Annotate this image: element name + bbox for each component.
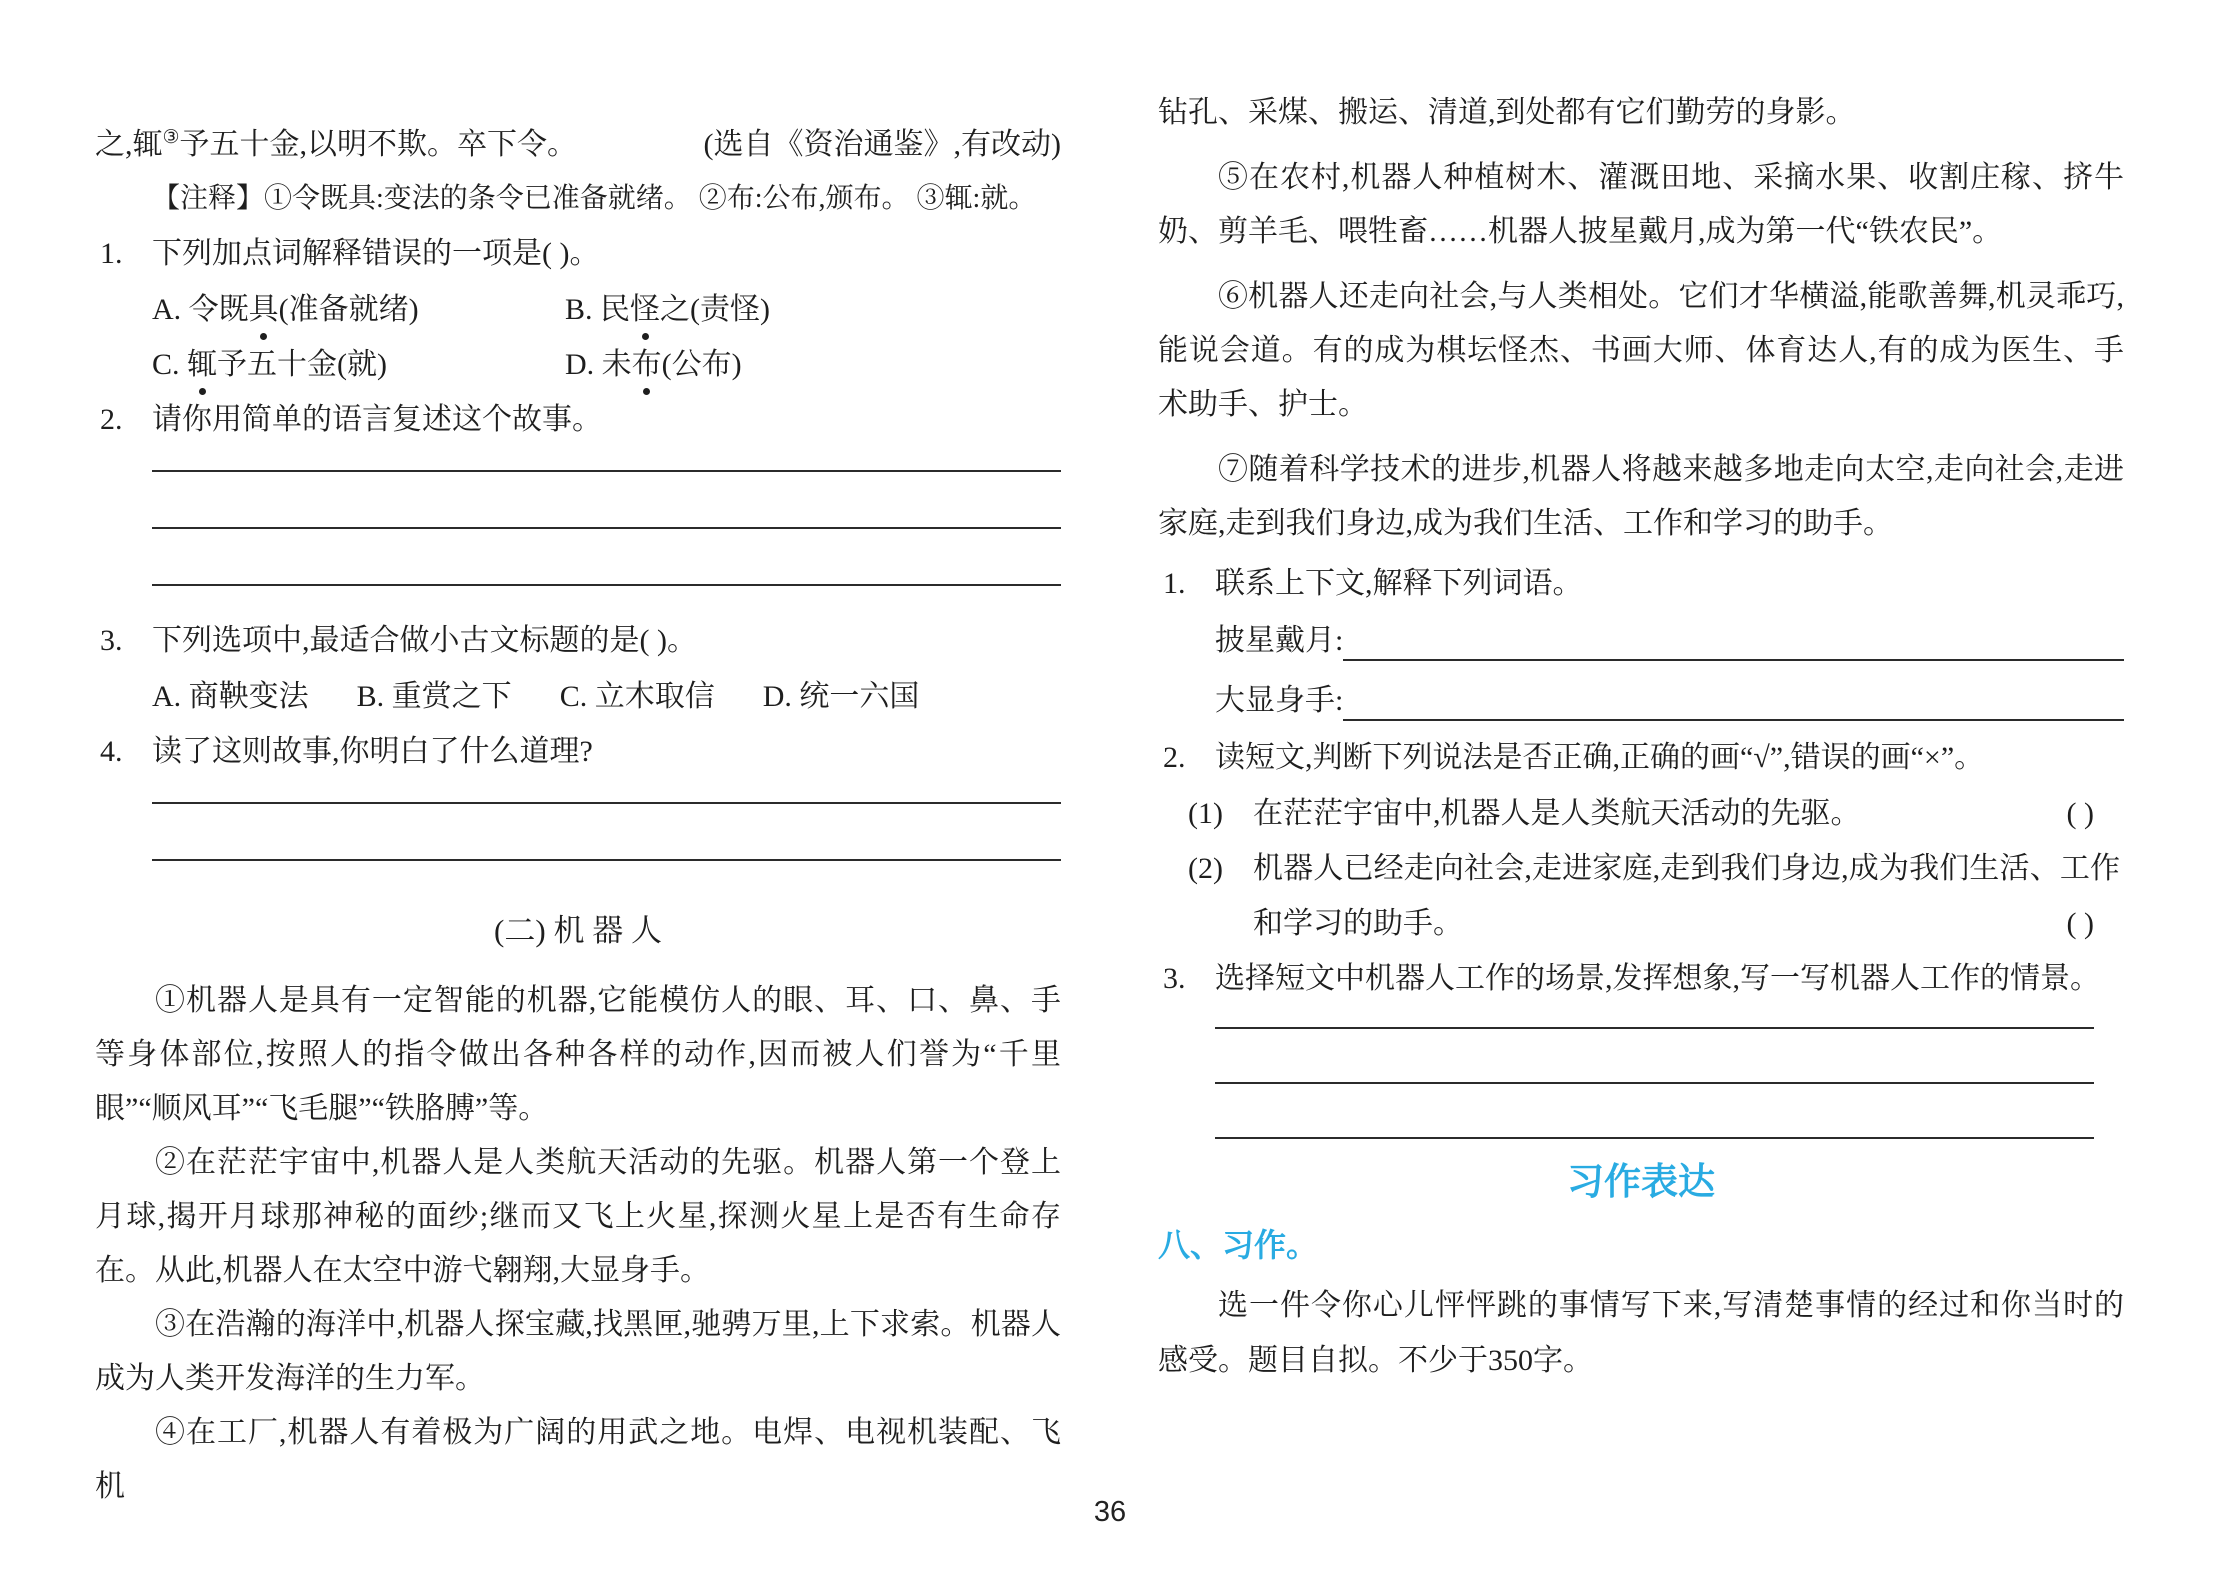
reading-q2-number: 2.	[1158, 730, 1215, 786]
option-pre: 未	[602, 348, 632, 381]
robot-passage-left: ①机器人是具有一定智能的机器,它能模仿人的眼、耳、口、鼻、手等身体部位,按照人的…	[95, 974, 1061, 1514]
judge-item-2: (2) 机器人已经走向社会,走进家庭,走到我们身边,成为我们生活、工作和学习的助…	[1158, 841, 2124, 951]
q1-options-row-1: A. 令既具(准备就绪) B. 民怪之(责怪)	[95, 282, 1061, 337]
worksheet-page: 之,辄③予五十金,以明不欺。卒下令。 (选自《资治通鉴》,有改动) 【注释】①令…	[0, 0, 2220, 1571]
option-pre: 令既	[189, 293, 249, 326]
emphasis-dotted-char: 辄	[187, 337, 217, 392]
question-2: 2. 请你用简单的语言复述这个故事。	[95, 392, 1061, 448]
passage-tail-pre: 之,辄	[95, 128, 163, 161]
question-4-stem: 读了这则故事,你明白了什么道理?	[152, 724, 1061, 780]
right-column: 钻孔、采煤、搬运、清道,到处都有它们勤劳的身影。 ⑤在农村,机器人种植树木、灌溉…	[1158, 0, 2124, 1571]
paragraph-1: ①机器人是具有一定智能的机器,它能模仿人的眼、耳、口、鼻、手等身体部位,按照人的…	[95, 974, 1061, 1136]
passage-tail-text: 之,辄③予五十金,以明不欺。卒下令。	[95, 118, 577, 172]
writing-prompt: 选一件令你心儿怦怦跳的事情写下来,写清楚事情的经过和你当时的感受。题目自拟。不少…	[1158, 1278, 2124, 1388]
answer-blank-line	[1215, 1029, 2094, 1084]
term-label: 大显身手:	[1215, 672, 1343, 730]
question-2-stem: 请你用简单的语言复述这个故事。	[152, 392, 1061, 448]
page-number: 36	[0, 1496, 2220, 1529]
judge-item-label: (1)	[1188, 786, 1223, 841]
answer-blank-line	[152, 448, 1061, 472]
paragraph-6: ⑥机器人还走向社会,与人类相处。它们才华横溢,能歌善舞,机灵乖巧,能说会道。有的…	[1158, 270, 2124, 432]
q1-option-c: C. 辄予五十金(就)	[152, 337, 565, 392]
option-label: C.	[152, 348, 180, 381]
question-3-stem: 下列选项中,最适合做小古文标题的是( )。	[152, 613, 1061, 669]
answer-blank-line	[152, 804, 1061, 861]
q3-option-d: D. 统一六国	[763, 669, 920, 724]
question-3: 3. 下列选项中,最适合做小古文标题的是( )。	[95, 613, 1061, 669]
judge-answer-parens: ( )	[2067, 896, 2094, 951]
question-4: 4. 读了这则故事,你明白了什么道理?	[95, 724, 1061, 780]
q3-option-c: C. 立木取信	[560, 669, 715, 724]
left-column: 之,辄③予五十金,以明不欺。卒下令。 (选自《资治通鉴》,有改动) 【注释】①令…	[95, 0, 1061, 1571]
reading-question-2: 2. 读短文,判断下列说法是否正确,正确的画“√”,错误的画“×”。	[1158, 730, 2124, 786]
reading-q3-number: 3.	[1158, 951, 1215, 1007]
answer-blank-line	[1343, 672, 2124, 721]
q3-option-b: B. 重赏之下	[357, 669, 512, 724]
judge-item-label: (2)	[1188, 841, 1223, 896]
emphasis-dotted-char: 具	[249, 282, 279, 337]
passage-source: (选自《资治通鉴》,有改动)	[704, 118, 1061, 172]
option-label: A.	[152, 293, 181, 326]
option-post: 之(责怪)	[660, 293, 770, 326]
term-definition-row: 披星戴月:	[1158, 612, 2124, 670]
reading-question-3: 3. 选择短文中机器人工作的场景,发挥想象,写一写机器人工作的情景。	[1158, 951, 2124, 1007]
judge-item-text: 机器人已经走向社会,走进家庭,走到我们身边,成为我们生活、工作和学习的助手。	[1253, 852, 2120, 940]
judge-item-1: (1) 在茫茫宇宙中,机器人是人类航天活动的先驱。 ( )	[1158, 786, 2124, 841]
emphasis-dotted-char: 布	[632, 337, 662, 392]
answer-blank-line	[1215, 1007, 2094, 1029]
answer-blank-line	[152, 780, 1061, 804]
question-1-stem: 下列加点词解释错误的一项是( )。	[152, 226, 1061, 282]
passage-notes: 【注释】①令既具:变法的条令已准备就绪。 ②布:公布,颁布。 ③辄:就。	[95, 172, 1061, 226]
q1-option-d: D. 未布(公布)	[565, 337, 1061, 392]
note-ref-3: ③	[163, 127, 180, 148]
question-1: 1. 下列加点词解释错误的一项是( )。	[95, 226, 1061, 282]
emphasis-dotted-char: 怪	[630, 282, 660, 337]
q1-options-row-2: C. 辄予五十金(就) D. 未布(公布)	[95, 337, 1061, 392]
q3-option-a: A. 商鞅变法	[152, 669, 309, 724]
passage-tail-post: 予五十金,以明不欺。卒下令。	[180, 128, 578, 161]
reading-q1-number: 1.	[1158, 556, 1215, 612]
paragraph-3: ③在浩瀚的海洋中,机器人探宝藏,找黑匣,驰骋万里,上下求索。机器人成为人类开发海…	[95, 1298, 1061, 1406]
reading-q1-stem: 联系上下文,解释下列词语。	[1215, 556, 2124, 612]
question-2-number: 2.	[95, 392, 152, 448]
q3-options-row: A. 商鞅变法 B. 重赏之下 C. 立木取信 D. 统一六国	[95, 669, 1061, 724]
writing-task-number: 八、习作。	[1158, 1216, 2124, 1274]
answer-blank-line	[152, 472, 1061, 529]
judge-item-text: 在茫茫宇宙中,机器人是人类航天活动的先驱。	[1253, 797, 1861, 830]
option-label: B.	[565, 293, 593, 326]
classical-passage-tail: 之,辄③予五十金,以明不欺。卒下令。 (选自《资治通鉴》,有改动)	[95, 118, 1061, 172]
q1-option-a: A. 令既具(准备就绪)	[152, 282, 565, 337]
robot-passage-right: ⑤在农村,机器人种植树木、灌溉田地、采摘水果、收割庄稼、挤牛奶、剪羊毛、喂牲畜……	[1158, 151, 2124, 551]
reading-q2-stem: 读短文,判断下列说法是否正确,正确的画“√”,错误的画“×”。	[1215, 730, 2124, 786]
paragraph-7: ⑦随着科学技术的进步,机器人将越来越多地走向太空,走向社会,走进家庭,走到我们身…	[1158, 443, 2124, 551]
term-definition-row: 大显身手:	[1158, 672, 2124, 730]
writing-section-heading: 习作表达	[1158, 1152, 2124, 1212]
option-pre: 民	[600, 293, 630, 326]
q1-option-b: B. 民怪之(责怪)	[565, 282, 1061, 337]
question-4-number: 4.	[95, 724, 152, 780]
paragraph-5: ⑤在农村,机器人种植树木、灌溉田地、采摘水果、收割庄稼、挤牛奶、剪羊毛、喂牲畜……	[1158, 151, 2124, 259]
term-label: 披星戴月:	[1215, 612, 1343, 670]
answer-blank-line	[152, 529, 1061, 586]
answer-blank-line	[1215, 1084, 2094, 1139]
option-post: 予五十金(就)	[217, 348, 387, 381]
option-post: (准备就绪)	[279, 293, 419, 326]
section-heading-robot: (二) 机 器 人	[95, 903, 1061, 958]
judge-answer-parens: ( )	[2067, 786, 2094, 841]
option-post: (公布)	[662, 348, 742, 381]
reading-question-1: 1. 联系上下文,解释下列词语。	[1158, 556, 2124, 612]
question-1-number: 1.	[95, 226, 152, 282]
paragraph-2: ②在茫茫宇宙中,机器人是人类航天活动的先驱。机器人第一个登上月球,揭开月球那神秘…	[95, 1136, 1061, 1298]
question-3-number: 3.	[95, 613, 152, 669]
paragraph-4-continuation: 钻孔、采煤、搬运、清道,到处都有它们勤劳的身影。	[1158, 86, 2124, 140]
reading-q3-stem: 选择短文中机器人工作的场景,发挥想象,写一写机器人工作的情景。	[1215, 951, 2124, 1007]
option-label: D.	[565, 348, 594, 381]
answer-blank-line	[1343, 612, 2124, 661]
